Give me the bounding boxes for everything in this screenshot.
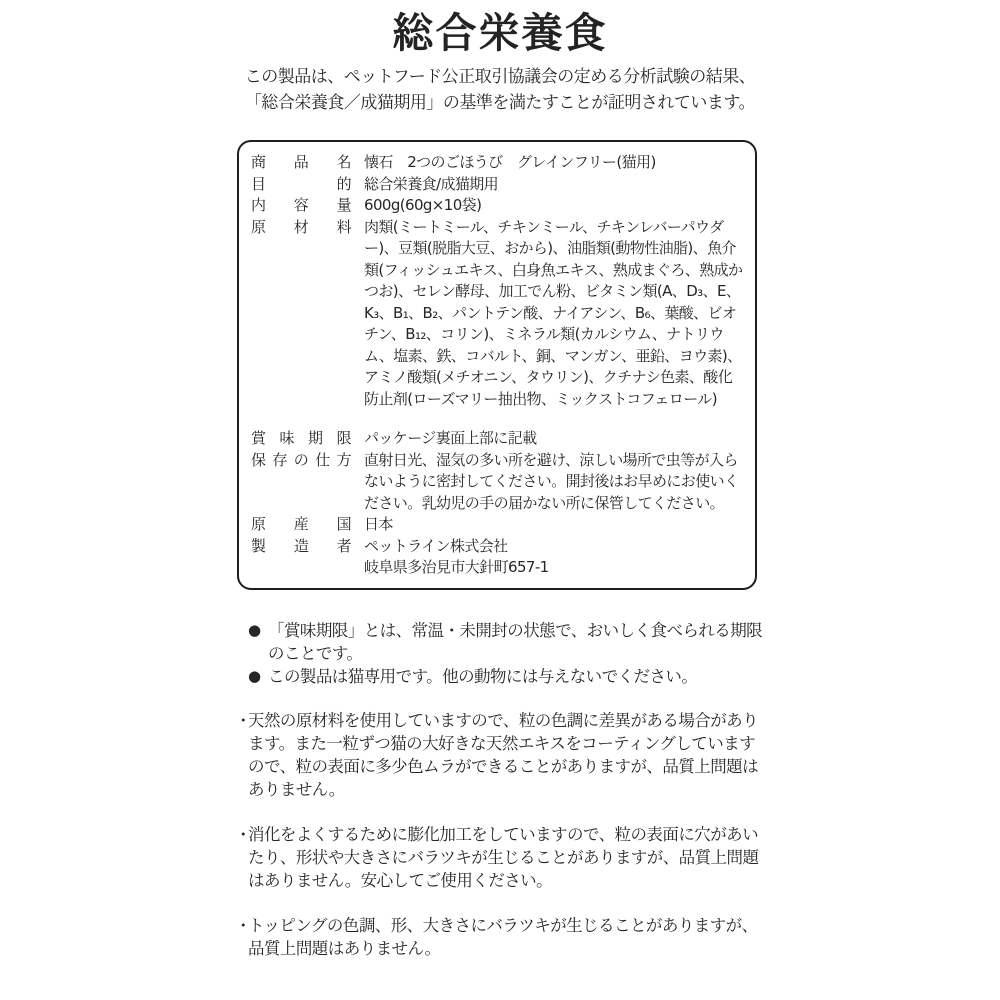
spec-row-storage: 保存の仕方 直射日光、湿気の多い所を避け、涼しい場所で虫等が入らないように密封し… — [251, 450, 745, 515]
spec-row-product-name: 商品名 懐石 2つのごほうび グレインフリー(猫用) — [251, 152, 745, 174]
spec-row-country-of-origin: 原産国 日本 — [251, 514, 745, 536]
note-best-before-definition: ● 「賞味期限」とは、常温・未開封の状態で、おいしく食べられる期限のことです。 — [248, 619, 765, 665]
spec-label-manufacturer: 製造者 — [251, 536, 351, 558]
spec-label-ingredients: 原材料 — [251, 217, 351, 239]
spec-row-manufacturer: 製造者 ペットライン株式会社 岐阜県多治見市大針町657-1 — [251, 536, 745, 579]
note-cat-only: ● この製品は猫専用です。他の動物には与えないでください。 — [248, 665, 765, 688]
spec-value-product-name: 懐石 2つのごほうび グレインフリー(猫用) — [364, 152, 745, 174]
certification-line-1: この製品は、ペットフード公正取引協議会の定める分析試験の結果、 — [230, 64, 770, 90]
note-natural-ingredients: ・ 天然の原材料を使用していますので、粒の色調に差異がある場合があります。また一… — [235, 709, 767, 801]
dot-icon: ・ — [235, 709, 248, 732]
product-label-page: 総合栄養食 この製品は、ペットフード公正取引協議会の定める分析試験の結果、 「総… — [230, 0, 770, 960]
note-topping-variation: ・ トッピングの色調、形、大きさにバラツキが生じることがありますが、品質上問題は… — [235, 914, 767, 960]
certification-statement: この製品は、ペットフード公正取引協議会の定める分析試験の結果、 「総合栄養食／成… — [230, 64, 770, 116]
spec-row-ingredients: 原材料 肉類(ミートミール、チキンミール、チキンレバーパウダー)、豆類(脱脂大豆… — [251, 217, 745, 411]
note-text: 消化をよくするために膨化加工をしていますので、粒の表面に穴があいたり、形状や大き… — [248, 823, 767, 892]
spec-value-storage: 直射日光、湿気の多い所を避け、涼しい場所で虫等が入らないように密封してください。… — [364, 450, 745, 515]
note-text: この製品は猫専用です。他の動物には与えないでください。 — [268, 665, 765, 688]
bullet-icon: ● — [248, 619, 268, 642]
certification-line-2: 「総合栄養食／成猫期用」の基準を満たすことが証明されています。 — [230, 90, 770, 116]
note-text: 「賞味期限」とは、常温・未開封の状態で、おいしく食べられる期限のことです。 — [268, 619, 765, 665]
dot-icon: ・ — [235, 823, 248, 846]
note-text: 天然の原材料を使用していますので、粒の色調に差異がある場合があります。また一粒ず… — [248, 709, 767, 801]
note-puffing-process: ・ 消化をよくするために膨化加工をしていますので、粒の表面に穴があいたり、形状や… — [235, 823, 767, 892]
spec-value-best-before: パッケージ裏面上部に記載 — [364, 428, 745, 450]
dot-icon: ・ — [235, 914, 248, 937]
spec-value-net-content: 600g(60g×10袋) — [364, 195, 745, 217]
note-text: トッピングの色調、形、大きさにバラツキが生じることがありますが、品質上問題はあり… — [248, 914, 767, 960]
spec-row-net-content: 内容量 600g(60g×10袋) — [251, 195, 745, 217]
bullet-icon: ● — [248, 665, 268, 688]
spec-value-country-of-origin: 日本 — [364, 514, 745, 536]
bullet-notes: ● 「賞味期限」とは、常温・未開封の状態で、おいしく食べられる期限のことです。 … — [248, 619, 765, 688]
spec-value-manufacturer: ペットライン株式会社 岐阜県多治見市大針町657-1 — [364, 536, 745, 579]
spec-label-best-before: 賞味期限 — [251, 428, 351, 450]
spec-row-best-before: 賞味期限 パッケージ裏面上部に記載 — [251, 428, 745, 450]
spec-label-storage: 保存の仕方 — [251, 450, 351, 472]
spec-value-ingredients: 肉類(ミートミール、チキンミール、チキンレバーパウダー)、豆類(脱脂大豆、おから… — [364, 217, 745, 411]
spec-label-product-name: 商品名 — [251, 152, 351, 174]
page-title: 総合栄養食 — [230, 10, 770, 57]
spec-label-net-content: 内容量 — [251, 195, 351, 217]
spec-label-country-of-origin: 原産国 — [251, 514, 351, 536]
spec-row-purpose: 目的 総合栄養食/成猫期用 — [251, 174, 745, 196]
spec-value-purpose: 総合栄養食/成猫期用 — [364, 174, 745, 196]
product-spec-box: 商品名 懐石 2つのごほうび グレインフリー(猫用) 目的 総合栄養食/成猫期用… — [237, 140, 757, 590]
spec-label-purpose: 目的 — [251, 174, 351, 196]
dot-notes: ・ 天然の原材料を使用していますので、粒の色調に差異がある場合があります。また一… — [235, 709, 767, 960]
